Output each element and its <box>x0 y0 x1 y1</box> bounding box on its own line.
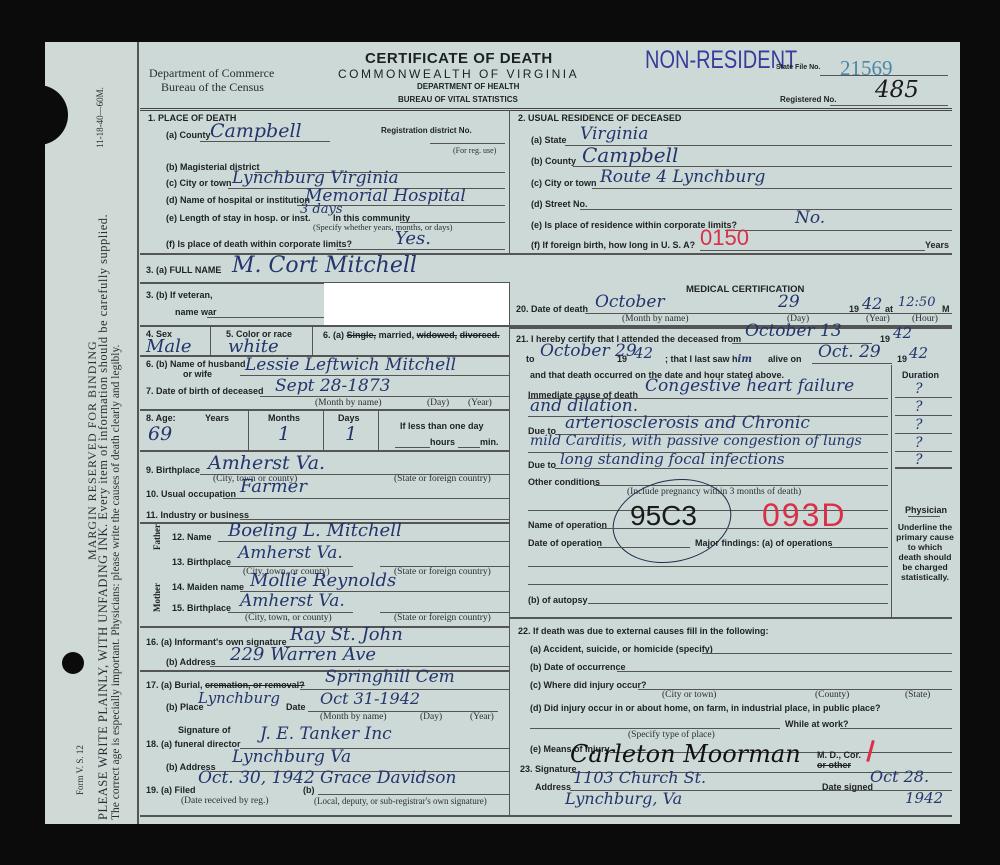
marital-divorced: divorced. <box>460 330 500 340</box>
operation-date-label: Date of operation <box>528 538 602 548</box>
stay-label: (e) Length of stay in hosp. or inst. <box>166 213 311 223</box>
form-print-id: 11-18-40—60M. <box>95 87 105 148</box>
age-years-label: Years <box>205 413 229 423</box>
mother-city-note: (City, town, or county) <box>245 613 332 623</box>
father-name-value: Boeling L. Mitchell <box>228 520 402 541</box>
death-county-value: Campbell <box>210 120 302 142</box>
death-hour-value: 12:50 <box>898 295 935 310</box>
physician-address-2: Lynchburg, Va <box>565 789 682 808</box>
father-name-label: 12. Name <box>172 532 212 542</box>
death-month-value: October <box>595 292 665 312</box>
duration-4: ? <box>915 435 923 451</box>
mother-name-value: Mollie Reynolds <box>250 570 396 591</box>
hours-label: hours <box>430 437 455 447</box>
burial-year-note: (Year) <box>470 712 494 722</box>
duration-1: ? <box>915 381 923 397</box>
birthplace-value: Amherst Va. <box>208 452 325 474</box>
age-days-value: 1 <box>345 423 357 445</box>
dob-value: Sept 28-1873 <box>275 376 390 396</box>
state-file-label: State File No. <box>776 64 820 71</box>
informant-address-value: 229 Warren Ave <box>230 644 376 665</box>
death-day-value: 29 <box>778 292 800 312</box>
certificate-header: Department of Commerce Bureau of the Cen… <box>140 44 952 111</box>
burial-day-note: (Day) <box>420 712 442 722</box>
registered-number: 485 <box>875 77 919 103</box>
cause-4: mild Carditis, with passive congestion o… <box>530 433 862 449</box>
dept-health: DEPARTMENT OF HEALTH <box>417 82 519 91</box>
cause-3: arteriosclerosis and Chronic <box>565 413 810 433</box>
res-corporate-value: No. <box>795 208 825 228</box>
bureau-census: Bureau of the Census <box>161 80 264 95</box>
operation-label: Name of operation <box>528 520 607 530</box>
director-address-value: Lynchburg Va <box>232 747 351 767</box>
autopsy-label: (b) of autopsy <box>528 595 588 605</box>
death-city-label: (c) City or town <box>166 178 232 188</box>
death-year-value: 42 <box>862 294 882 313</box>
spouse-label-2: or wife <box>183 369 212 379</box>
external-heading: 22. If death was due to external causes … <box>518 626 769 636</box>
findings-label: Major findings: (a) of operations <box>695 538 833 548</box>
last-saw-label: ; that I last saw him <box>665 354 752 365</box>
war-label: name war <box>175 307 217 317</box>
birthplace-state-note: (State or foreign country) <box>394 474 491 484</box>
duration-5: ? <box>915 452 923 468</box>
res-county-label: (b) County <box>531 156 576 166</box>
alive-on-label: alive on <box>768 354 802 364</box>
place-type-note: (Specify type of place) <box>628 730 715 740</box>
mother-side-label: Mother <box>152 583 162 612</box>
registration-district-label: Registration district No. <box>381 126 472 135</box>
hospital-label: (d) Name of hospital or institution <box>166 195 310 205</box>
burial-month-note: (Month by name) <box>320 712 387 722</box>
spouse-value: Lessie Leftwich Mitchell <box>245 355 456 375</box>
dob-month-note: (Month by name) <box>315 398 382 408</box>
dob-label: 7. Date of birth of deceased <box>146 386 264 396</box>
attended-from-19: 19 <box>880 334 890 344</box>
occupation-value: Farmer <box>240 476 307 497</box>
registrar-signature: Grace Davidson <box>320 768 456 788</box>
burial-place-value: Lynchburg <box>198 689 280 707</box>
marital-status: 6. (a) Single, married, widowed, divorce… <box>323 330 500 340</box>
father-birthplace-value: Amherst Va. <box>238 543 343 563</box>
age-months-label: Months <box>268 413 300 423</box>
non-resident-stamp: NON-RESIDENT <box>645 46 797 75</box>
age-label: 8. Age: <box>146 413 176 423</box>
external-c-label: (c) Where did injury occur? <box>530 680 647 690</box>
md-label-2: or other <box>817 760 851 770</box>
external-d-label: (d) Did injury occur in or about home, o… <box>530 703 881 713</box>
to-label: to <box>526 354 535 364</box>
while-at-work-label: While at work? <box>785 719 849 729</box>
spouse-label: 6. (b) Name of husband <box>146 359 246 369</box>
other-conditions-label: Other conditions <box>528 477 600 487</box>
mother-birthplace-label: 15. Birthplace <box>172 603 231 613</box>
industry-label: 11. Industry or business <box>146 510 249 520</box>
bureau-vital: BUREAU OF VITAL STATISTICS <box>398 95 518 104</box>
attended-from-value: October 13 <box>745 321 842 341</box>
cause-5: long standing focal infections <box>560 450 785 468</box>
burial-value: Springhill Cem <box>325 667 455 687</box>
dob-day-note: (Day) <box>427 398 449 408</box>
commonwealth-title: COMMONWEALTH OF VIRGINIA <box>338 67 579 81</box>
instruction-line-2: The correct age is especially important.… <box>110 345 122 820</box>
funeral-director-label: 18. (a) funeral director <box>146 739 241 749</box>
res-street-label: (d) Street No. <box>531 199 588 209</box>
dept-commerce: Department of Commerce <box>149 66 274 81</box>
marital-single: Single, <box>347 330 377 340</box>
marital-widowed: widowed, <box>417 330 458 340</box>
res-city-value: Route 4 Lynchburg <box>600 167 765 187</box>
res-county-value: Campbell <box>582 143 678 167</box>
physician-signature: Carleton Moorman <box>570 740 801 768</box>
birthplace-label: 9. Birthplace <box>146 465 200 475</box>
injury-city-note: (City or town) <box>662 690 716 700</box>
md-label: M. D., Cor. <box>817 750 861 760</box>
physician-note: Underline the primary cause to which dea… <box>896 522 954 582</box>
less-than-day-label: If less than one day <box>400 421 484 431</box>
certificate-title: CERTIFICATE OF DEATH <box>365 50 553 67</box>
veteran-label: 3. (b) If veteran, <box>146 290 213 300</box>
foreign-birth-code: 0150 <box>700 225 749 251</box>
age-days-label: Days <box>338 413 360 423</box>
death-city-value: Lynchburg Virginia <box>232 168 399 188</box>
dob-year-note: (Year) <box>468 398 492 408</box>
funeral-director-value: J. E. Tanker Inc <box>260 724 392 744</box>
death-corporate-label: (f) Is place of death within corporate l… <box>166 239 352 249</box>
registered-label: Registered No. <box>780 95 836 104</box>
full-name-value: M. Cort Mitchell <box>232 253 417 278</box>
registrar-note: (Local, deputy, or sub-registrar's own s… <box>314 796 487 806</box>
father-birthplace-label: 13. Birthplace <box>172 557 231 567</box>
physician-address-1: 1103 Church St. <box>573 768 706 787</box>
physician-title: Physician <box>905 505 947 515</box>
age-years-value: 69 <box>148 423 172 445</box>
punch-hole <box>62 652 84 674</box>
attended-to-year: 42 <box>634 344 653 362</box>
at-label: at <box>885 304 893 314</box>
death-hour-note: (Hour) <box>912 314 938 324</box>
burial-date-value: Oct 31-1942 <box>320 689 420 708</box>
death-year-note: (Year) <box>866 314 890 324</box>
min-label: min. <box>480 437 499 447</box>
foreign-birth-label: (f) If foreign birth, how long in U. S. … <box>531 240 695 250</box>
mother-name-label: 14. Maiden name <box>172 582 244 592</box>
age-months-value: 1 <box>278 423 290 445</box>
death-year-prefix: 19 <box>849 304 859 314</box>
external-b-label: (b) Date of occurrence <box>530 662 626 672</box>
last-saw-19: 19 <box>897 354 907 364</box>
form-number: Form V. S. 12 <box>75 745 85 795</box>
injury-state-note: (State) <box>905 690 930 700</box>
filed-date-value: Oct. 30, 1942 <box>198 768 315 788</box>
father-state-note: (State or foreign country) <box>394 567 491 577</box>
filed-note: (Date received by reg.) <box>181 796 269 806</box>
last-saw-date: Oct. 29 <box>818 342 881 362</box>
death-hour-suffix: M <box>942 304 950 314</box>
res-state-label: (a) State <box>531 135 567 145</box>
date-signed-label: Date signed <box>822 782 873 792</box>
sex-value: Male <box>146 336 192 357</box>
res-state-value: Virginia <box>580 124 648 144</box>
redacted-area <box>324 283 509 325</box>
mother-state-note: (State or foreign country) <box>394 613 491 623</box>
informant-signature: Ray St. John <box>290 624 403 645</box>
death-corporate-value: Yes. <box>395 228 431 249</box>
full-name-label: 3. (a) FULL NAME <box>146 265 221 275</box>
marital-married: married, <box>379 330 415 340</box>
signature-of-label: Signature of <box>178 725 231 735</box>
death-month-note: (Month by name) <box>622 314 689 324</box>
mother-birthplace-value: Amherst Va. <box>240 591 345 611</box>
res-city-label: (c) City or town <box>531 178 597 188</box>
father-side-label: Father <box>152 524 162 550</box>
external-a-label: (a) Accident, suicide, or homicide (spec… <box>530 644 713 654</box>
filed-label: 19. (a) Filed <box>146 785 196 795</box>
duration-label: Duration <box>902 370 939 380</box>
duration-2: ? <box>915 399 923 415</box>
stay-note: (Specify whether years, months, or days) <box>313 222 453 232</box>
residence-heading: 2. USUAL RESIDENCE OF DECEASED <box>518 113 681 123</box>
attended-from-year: 42 <box>893 324 912 342</box>
instruction-line-1: PLEASE WRITE PLAINLY, WITH UNFADING INK.… <box>96 214 111 820</box>
informant-address-label: (b) Address <box>166 657 216 667</box>
burial-date-label: Date <box>286 702 306 712</box>
filed-b-label: (b) <box>303 785 315 795</box>
due-to-label-2: Due to <box>528 460 556 470</box>
death-date-label: 20. Date of death <box>516 304 588 314</box>
attended-to-19: 19 <box>617 354 627 364</box>
last-saw-year: 42 <box>909 344 928 362</box>
race-value: white <box>228 336 279 357</box>
years-label: Years <box>925 240 949 250</box>
date-signed-year: 1942 <box>905 789 943 807</box>
county-label: (a) County <box>166 130 211 140</box>
date-signed-value: Oct 28. <box>870 767 929 786</box>
signature-label: 23. Signature <box>520 764 577 774</box>
cause-1: Congestive heart failure <box>645 376 854 396</box>
reg-use-note: (For reg. use) <box>453 146 496 155</box>
duration-3: ? <box>915 417 923 433</box>
injury-county-note: (County) <box>815 690 849 700</box>
